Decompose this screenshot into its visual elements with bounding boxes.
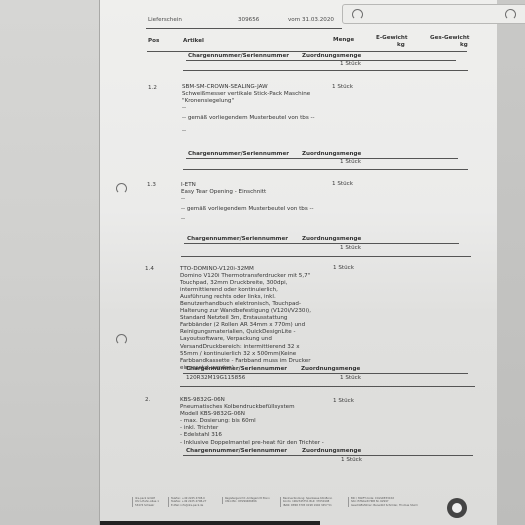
footer-company: Ilra-pack GmbHOhrn-Hahn-Allee 153474 Sch… <box>132 497 159 507</box>
footer-contact: Telefon: +49 2225 4708-0Telefax: +49 222… <box>168 497 206 507</box>
doc-date: vom 31.03.2020 <box>288 17 334 23</box>
item-qty: 1 Stück <box>333 398 354 404</box>
divider <box>147 51 467 52</box>
sub-qty: 1 Stück <box>340 245 361 251</box>
item-line: - inkl. Trichter <box>180 425 340 432</box>
footer-bank: Bankverbindung: Sparkasse KölnBonnKonto:… <box>280 497 332 507</box>
item-line: Domino V120i Thermotransferdrucker mit 5… <box>180 273 340 280</box>
sub-header-charge: Chargennummer/Seriennummer <box>188 53 289 59</box>
item-line: Farbbandkassette - Farbband muss im Druc… <box>180 358 340 365</box>
sub-header-zuordnung: Zuordnungsmenge <box>302 151 361 157</box>
background-right <box>497 0 525 525</box>
sub-qty: 1 Stück <box>340 159 361 165</box>
item-description: TTO-DOMINO-V120i-32MM Domino V120i Therm… <box>180 266 340 372</box>
background-left <box>0 0 100 525</box>
divider <box>180 386 475 387</box>
sub-qty: 1 Stück <box>340 61 361 67</box>
item-pos: 1.4 <box>145 266 154 272</box>
item-line: - Inklusive Doppelmantel pre-heat für de… <box>180 440 340 447</box>
item-line: -- <box>181 216 341 223</box>
col-ges-gewicht: Ges-Gewicht <box>430 35 469 41</box>
item-qty: 1 Stück <box>332 181 353 187</box>
doc-number: 309656 <box>238 17 259 23</box>
item-line: - Edelstahl 316 <box>180 432 340 439</box>
footer-register: Registergericht: Amtsgericht BonnUSt-IdN… <box>222 497 270 504</box>
item-line: Farbbänder (2 Rollen AR 34mm x 770m) und <box>180 322 340 329</box>
binder-tab <box>342 4 525 24</box>
item-pos: 1.3 <box>147 182 156 188</box>
item-line: "Kronensiegelung" <box>182 98 342 105</box>
item-line: -- gemäß vorliegendem Musterbeutel von t… <box>181 206 341 213</box>
item-line: 55mm / kontinuierlich 32 x 500mm(Keine <box>180 351 340 358</box>
divider <box>146 28 342 29</box>
company-footer: Ilra-pack GmbHOhrn-Hahn-Allee 153474 Sch… <box>128 497 468 519</box>
sub-header-zuordnung: Zuordnungsmenge <box>302 448 361 454</box>
item-line: intermittierend oder kontinuierlich, <box>180 287 340 294</box>
item-line: Easy Tear Opening - Einschnitt <box>181 189 341 196</box>
sub-header-charge: Chargennummer/Seriennummer <box>187 236 288 242</box>
item-description: I-ETN Easy Tear Opening - Einschnitt -- … <box>181 182 341 223</box>
item-pos: 1.2 <box>148 85 157 91</box>
col-ges-gewicht-unit: kg <box>460 42 468 48</box>
item-line: Layoutsoftware, Verpackung und <box>180 336 340 343</box>
sub-header-zuordnung: Zuordnungsmenge <box>302 53 361 59</box>
item-description: KBS-9832G-06N Pneumatisches Kolbendruckb… <box>180 397 340 447</box>
item-line: Pneumatisches Kolbendruckbefüllsystem <box>180 404 340 411</box>
col-artikel: Artikel <box>183 38 204 44</box>
divider <box>183 70 468 71</box>
punch-hole-icon <box>116 334 127 345</box>
divider <box>183 169 468 170</box>
item-line: -- <box>182 128 342 135</box>
item-line: VersandDruckbereich: intermittierend 32 … <box>180 344 340 351</box>
serial-number: 120R32M19G115856 <box>186 375 245 381</box>
bottom-edge <box>100 521 320 525</box>
item-line: Halterung zur Wandbefestigung (V120i/V23… <box>180 308 340 315</box>
item-line: -- gemäß vorliegendem Musterbeutel von t… <box>182 115 342 122</box>
punch-hole-icon <box>352 9 363 20</box>
sub-qty: 1 Stück <box>341 457 362 463</box>
divider <box>181 256 471 257</box>
divider <box>184 243 459 244</box>
footer-management: BIC / SWIFT-Code: COLSDE33XXXSitz: Erfts… <box>348 497 418 507</box>
certification-logo-icon <box>447 498 467 518</box>
item-description: SBM-SM-CROWN-SEALING-JAW Schweißmesser v… <box>182 84 342 136</box>
item-line: -- <box>182 105 342 112</box>
punch-hole-icon <box>505 9 516 20</box>
sub-header-charge: Chargennummer/Seriennummer <box>186 448 287 454</box>
item-line: Schweißmesser vertikale Stick-Pack Masch… <box>182 91 342 98</box>
item-code: SBM-SM-CROWN-SEALING-JAW <box>182 84 342 91</box>
sub-header-charge: Chargennummer/Seriennummer <box>188 151 289 157</box>
divider <box>186 60 456 61</box>
col-pos: Pos <box>148 38 159 44</box>
item-line: Ausführung rechts oder links, inkl. <box>180 294 340 301</box>
item-qty: 1 Stück <box>332 84 353 90</box>
item-code: KBS-9832G-06N <box>180 397 340 404</box>
col-menge: Menge <box>333 37 354 43</box>
sub-header-charge: Chargennummer/Seriennummer <box>186 366 287 372</box>
divider <box>183 373 468 374</box>
item-qty: 1 Stück <box>333 265 354 271</box>
item-line: - max. Dosierung: bis 60ml <box>180 418 340 425</box>
item-line: Reinigungsmaterialien, QuickDesignLite - <box>180 329 340 336</box>
col-e-gewicht: E-Gewicht <box>376 35 408 41</box>
punch-hole-icon <box>116 183 127 194</box>
item-line: Modell KBS-9832G-06N <box>180 411 340 418</box>
item-pos: 2. <box>145 397 150 403</box>
item-line: -- <box>181 196 341 203</box>
sub-header-zuordnung: Zuordnungsmenge <box>301 366 360 372</box>
sub-qty: 1 Stück <box>340 375 361 381</box>
divider <box>186 158 458 159</box>
item-line: Standard Netzteil 3m, Erstausstattung <box>180 315 340 322</box>
item-line: Touchpad, 32mm Druckbreite, 300dpi, <box>180 280 340 287</box>
col-e-gewicht-unit: kg <box>397 42 405 48</box>
doc-type: Lieferschein <box>148 17 182 23</box>
item-code: TTO-DOMINO-V120i-32MM <box>180 266 340 273</box>
item-code: I-ETN <box>181 182 341 189</box>
item-line: Benutzerhandbuch elektronisch, Touchpad- <box>180 301 340 308</box>
sub-header-zuordnung: Zuordnungsmenge <box>302 236 361 242</box>
divider <box>183 455 473 456</box>
